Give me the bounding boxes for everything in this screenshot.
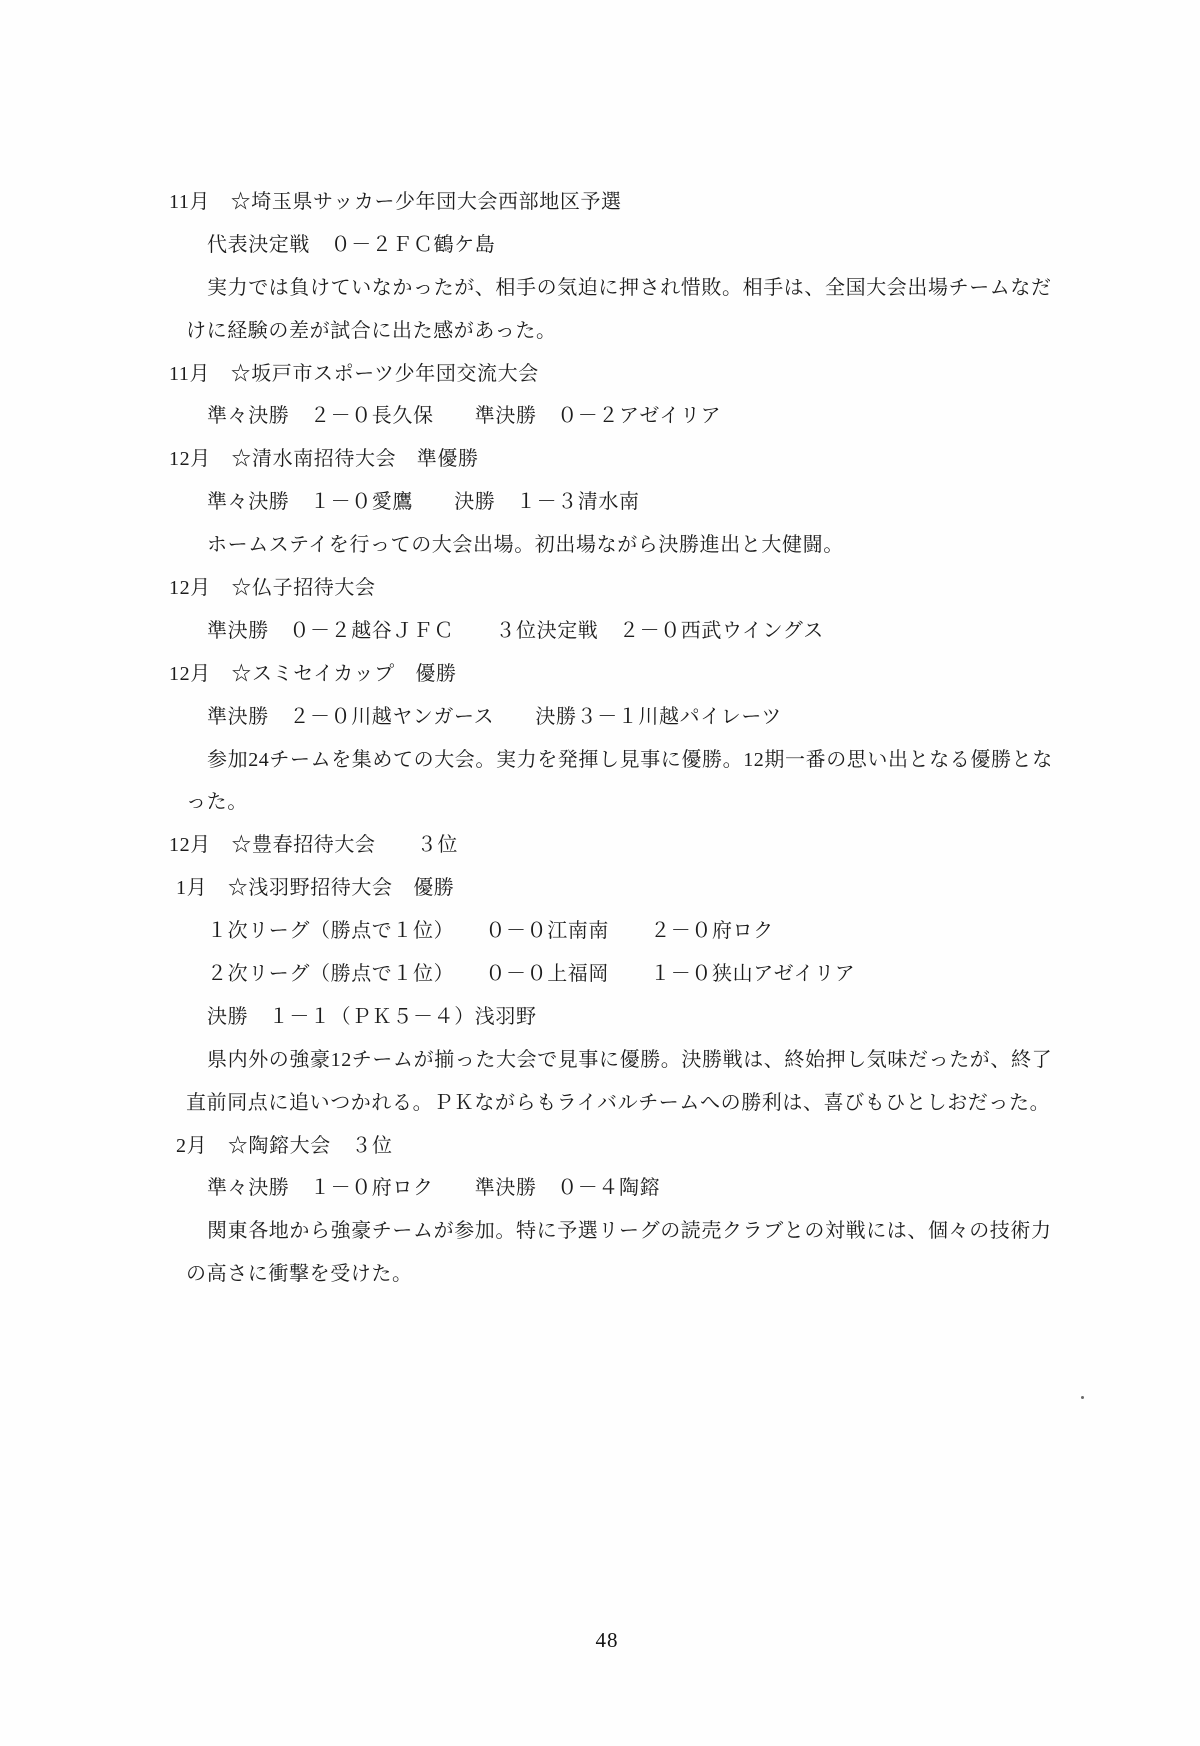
line-month: 11月 ☆坂戸市スポーツ少年団交流大会	[169, 353, 1089, 396]
line-indent: 決勝 １－１（ＰＫ５－４）浅羽野	[169, 996, 1089, 1039]
line-indent: 準決勝 ２－０川越ヤンガース 決勝３－１川越パイレーツ	[169, 696, 1089, 739]
results-list: 11月 ☆埼玉県サッカー少年団大会西部地区予選代表決定戦 ０－２ＦＣ鶴ケ島実力で…	[169, 181, 1089, 1296]
line-para-start: ホームステイを行っての大会出場。初出場ながら決勝進出と大健闘。	[169, 524, 1089, 567]
line-para-cont: 直前同点に追いつかれる。ＰＫながらもライバルチームへの勝利は、喜びもひとしおだっ…	[169, 1082, 1089, 1125]
scan-artifact-dot	[1081, 1396, 1084, 1399]
line-month-single: 2月 ☆陶鎔大会 ３位	[169, 1125, 1089, 1168]
line-para-start: 県内外の強豪12チームが揃った大会で見事に優勝。決勝戦は、終始押し気味だったが、…	[169, 1039, 1089, 1082]
line-indent: 準々決勝 １－０府ロク 準決勝 ０－４陶鎔	[169, 1167, 1089, 1210]
line-indent: 準々決勝 １－０愛鷹 決勝 １－３清水南	[169, 481, 1089, 524]
line-para-cont: の高さに衝撃を受けた。	[169, 1253, 1089, 1296]
line-para-cont: った。	[169, 781, 1089, 824]
line-month: 12月 ☆スミセイカップ 優勝	[169, 653, 1089, 696]
line-indent: 準決勝 ０－２越谷ＪＦＣ ３位決定戦 ２－０西武ウイングス	[169, 610, 1089, 653]
line-para-start: 実力では負けていなかったが、相手の気迫に押され惜敗。相手は、全国大会出場チームな…	[169, 267, 1089, 310]
line-para-cont: けに経験の差が試合に出た感があった。	[169, 310, 1089, 353]
line-month: 11月 ☆埼玉県サッカー少年団大会西部地区予選	[169, 181, 1089, 224]
line-indent: 準々決勝 ２－０長久保 準決勝 ０－２アゼイリア	[169, 395, 1089, 438]
line-indent: １次リーグ（勝点で１位） ０－０江南南 ２－０府ロク	[169, 910, 1089, 953]
line-month: 12月 ☆清水南招待大会 準優勝	[169, 438, 1089, 481]
line-month-single: 1月 ☆浅羽野招待大会 優勝	[169, 867, 1089, 910]
line-para-start: 参加24チームを集めての大会。実力を発揮し見事に優勝。12期一番の思い出となる優…	[169, 739, 1089, 782]
line-indent: ２次リーグ（勝点で１位） ０－０上福岡 １－０狭山アゼイリア	[169, 953, 1089, 996]
line-para-start: 関東各地から強豪チームが参加。特に予選リーグの読売クラブとの対戦には、個々の技術…	[169, 1210, 1089, 1253]
scanned-document-page: 11月 ☆埼玉県サッカー少年団大会西部地区予選代表決定戦 ０－２ＦＣ鶴ケ島実力で…	[0, 0, 1200, 1746]
line-month: 12月 ☆豊春招待大会 ３位	[169, 824, 1089, 867]
line-month: 12月 ☆仏子招待大会	[169, 567, 1089, 610]
line-indent: 代表決定戦 ０－２ＦＣ鶴ケ島	[169, 224, 1089, 267]
page-number: 48	[0, 1628, 1200, 1653]
